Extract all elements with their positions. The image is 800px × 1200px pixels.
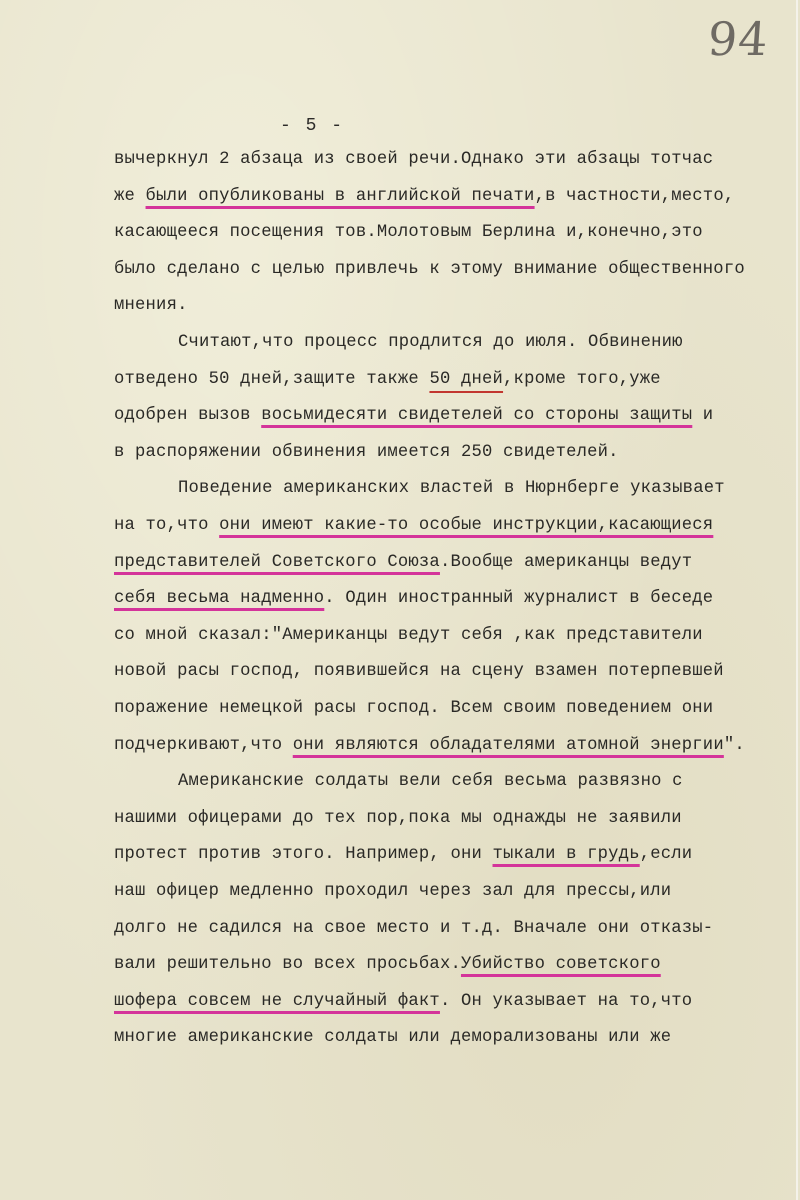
text-segment: ". (724, 736, 745, 755)
text-segment: на то,что (114, 516, 219, 535)
text-segment: со мной сказал:"Американцы ведут себя ,к… (114, 626, 703, 645)
text-segment: было сделано с целью привлечь к этому вн… (114, 260, 745, 279)
text-segment: ,кроме того,уже (503, 370, 661, 389)
text-line: же были опубликованы в английской печати… (114, 187, 734, 206)
text-line: отведено 50 дней,защите также 50 дней,кр… (114, 370, 661, 389)
archive-folio-number: 94 (706, 12, 770, 66)
pink-underlined-phrase: они имеют какие-то особые инструкции,кас… (219, 516, 713, 535)
text-segment: многие американские солдаты или деморали… (114, 1028, 671, 1047)
text-line: себя весьма надменно. Один иностранный ж… (114, 589, 713, 608)
text-segment: одобрен вызов (114, 406, 261, 425)
text-segment: отведено 50 дней,защите также (114, 370, 429, 389)
text-segment: касающееся посещения тов.Молотовым Берли… (114, 223, 703, 242)
text-line: одобрен вызов восьмидесяти свидетелей со… (114, 406, 713, 425)
text-segment: же (114, 187, 146, 206)
text-segment: протест против этого. Например, они (114, 845, 493, 864)
text-segment: новой расы господ, появившейся на сцену … (114, 662, 724, 681)
pink-underlined-phrase: представителей Советского Союза (114, 553, 440, 572)
text-segment: ,если (640, 845, 693, 864)
text-line: на то,что они имеют какие-то особые инст… (114, 516, 713, 535)
text-line: вычеркнул 2 абзаца из своей речи.Однако … (114, 150, 713, 169)
text-line: вали решительно во всех просьбах.Убийств… (114, 955, 661, 974)
text-line: представителей Советского Союза.Вообще а… (114, 553, 692, 572)
text-segment: в распоряжении обвинения имеется 250 сви… (114, 443, 619, 462)
pink-underlined-phrase: они являются обладателями атомной энерги… (293, 736, 724, 755)
text-line: Поведение американских властей в Нюрнбер… (178, 479, 725, 498)
pink-underlined-phrase: себя весьма надменно (114, 589, 324, 608)
text-line: было сделано с целью привлечь к этому вн… (114, 260, 745, 279)
text-segment: вали решительно во всех просьбах. (114, 955, 461, 974)
text-line: подчеркивают,что они являются обладателя… (114, 736, 745, 755)
page-number: - 5 - (280, 116, 344, 136)
red-underlined-phrase: 50 дней (429, 370, 503, 389)
text-segment: наш офицер медленно проходил через зал д… (114, 882, 671, 901)
text-segment: нашими офицерами до тех пор,пока мы одна… (114, 809, 682, 828)
text-line: касающееся посещения тов.Молотовым Берли… (114, 223, 703, 242)
text-segment: Американские солдаты вели себя весьма ра… (178, 772, 683, 791)
text-segment: . Один иностранный журналист в беседе (324, 589, 713, 608)
document-page: 94 - 5 - вычеркнул 2 абзаца из своей реч… (0, 0, 798, 1200)
text-line: поражение немецкой расы господ. Всем сво… (114, 699, 713, 718)
text-segment: и (692, 406, 713, 425)
text-line: мнения. (114, 296, 188, 315)
text-line: Считают,что процесс продлится до июля. О… (178, 333, 683, 352)
pink-underlined-phrase: Убийство советского (461, 955, 661, 974)
text-line: нашими офицерами до тех пор,пока мы одна… (114, 809, 682, 828)
text-segment: подчеркивают,что (114, 736, 293, 755)
text-line: долго не садился на свое место и т.д. Вн… (114, 919, 713, 938)
text-line: Американские солдаты вели себя весьма ра… (178, 772, 683, 791)
text-segment: ,в частности,место, (535, 187, 735, 206)
text-segment: долго не садился на свое место и т.д. Вн… (114, 919, 713, 938)
pink-underlined-phrase: шофера совсем не случайный факт (114, 992, 440, 1011)
text-line: наш офицер медленно проходил через зал д… (114, 882, 671, 901)
text-line: шофера совсем не случайный факт. Он указ… (114, 992, 692, 1011)
pink-underlined-phrase: восьмидесяти свидетелей со стороны защит… (261, 406, 692, 425)
text-segment: Считают,что процесс продлится до июля. О… (178, 333, 683, 352)
text-line: в распоряжении обвинения имеется 250 сви… (114, 443, 619, 462)
text-line: со мной сказал:"Американцы ведут себя ,к… (114, 626, 703, 645)
text-line: новой расы господ, появившейся на сцену … (114, 662, 724, 681)
pink-underlined-phrase: тыкали в грудь (493, 845, 640, 864)
text-segment: вычеркнул 2 абзаца из своей речи.Однако … (114, 150, 713, 169)
pink-underlined-phrase: были опубликованы в английской печати (146, 187, 535, 206)
text-segment: Поведение американских властей в Нюрнбер… (178, 479, 725, 498)
text-line: протест против этого. Например, они тыка… (114, 845, 692, 864)
text-segment: поражение немецкой расы господ. Всем сво… (114, 699, 713, 718)
text-segment: мнения. (114, 296, 188, 315)
text-line: многие американские солдаты или деморали… (114, 1028, 671, 1047)
text-segment: . Он указывает на то,что (440, 992, 692, 1011)
text-segment: .Вообще американцы ведут (440, 553, 692, 572)
